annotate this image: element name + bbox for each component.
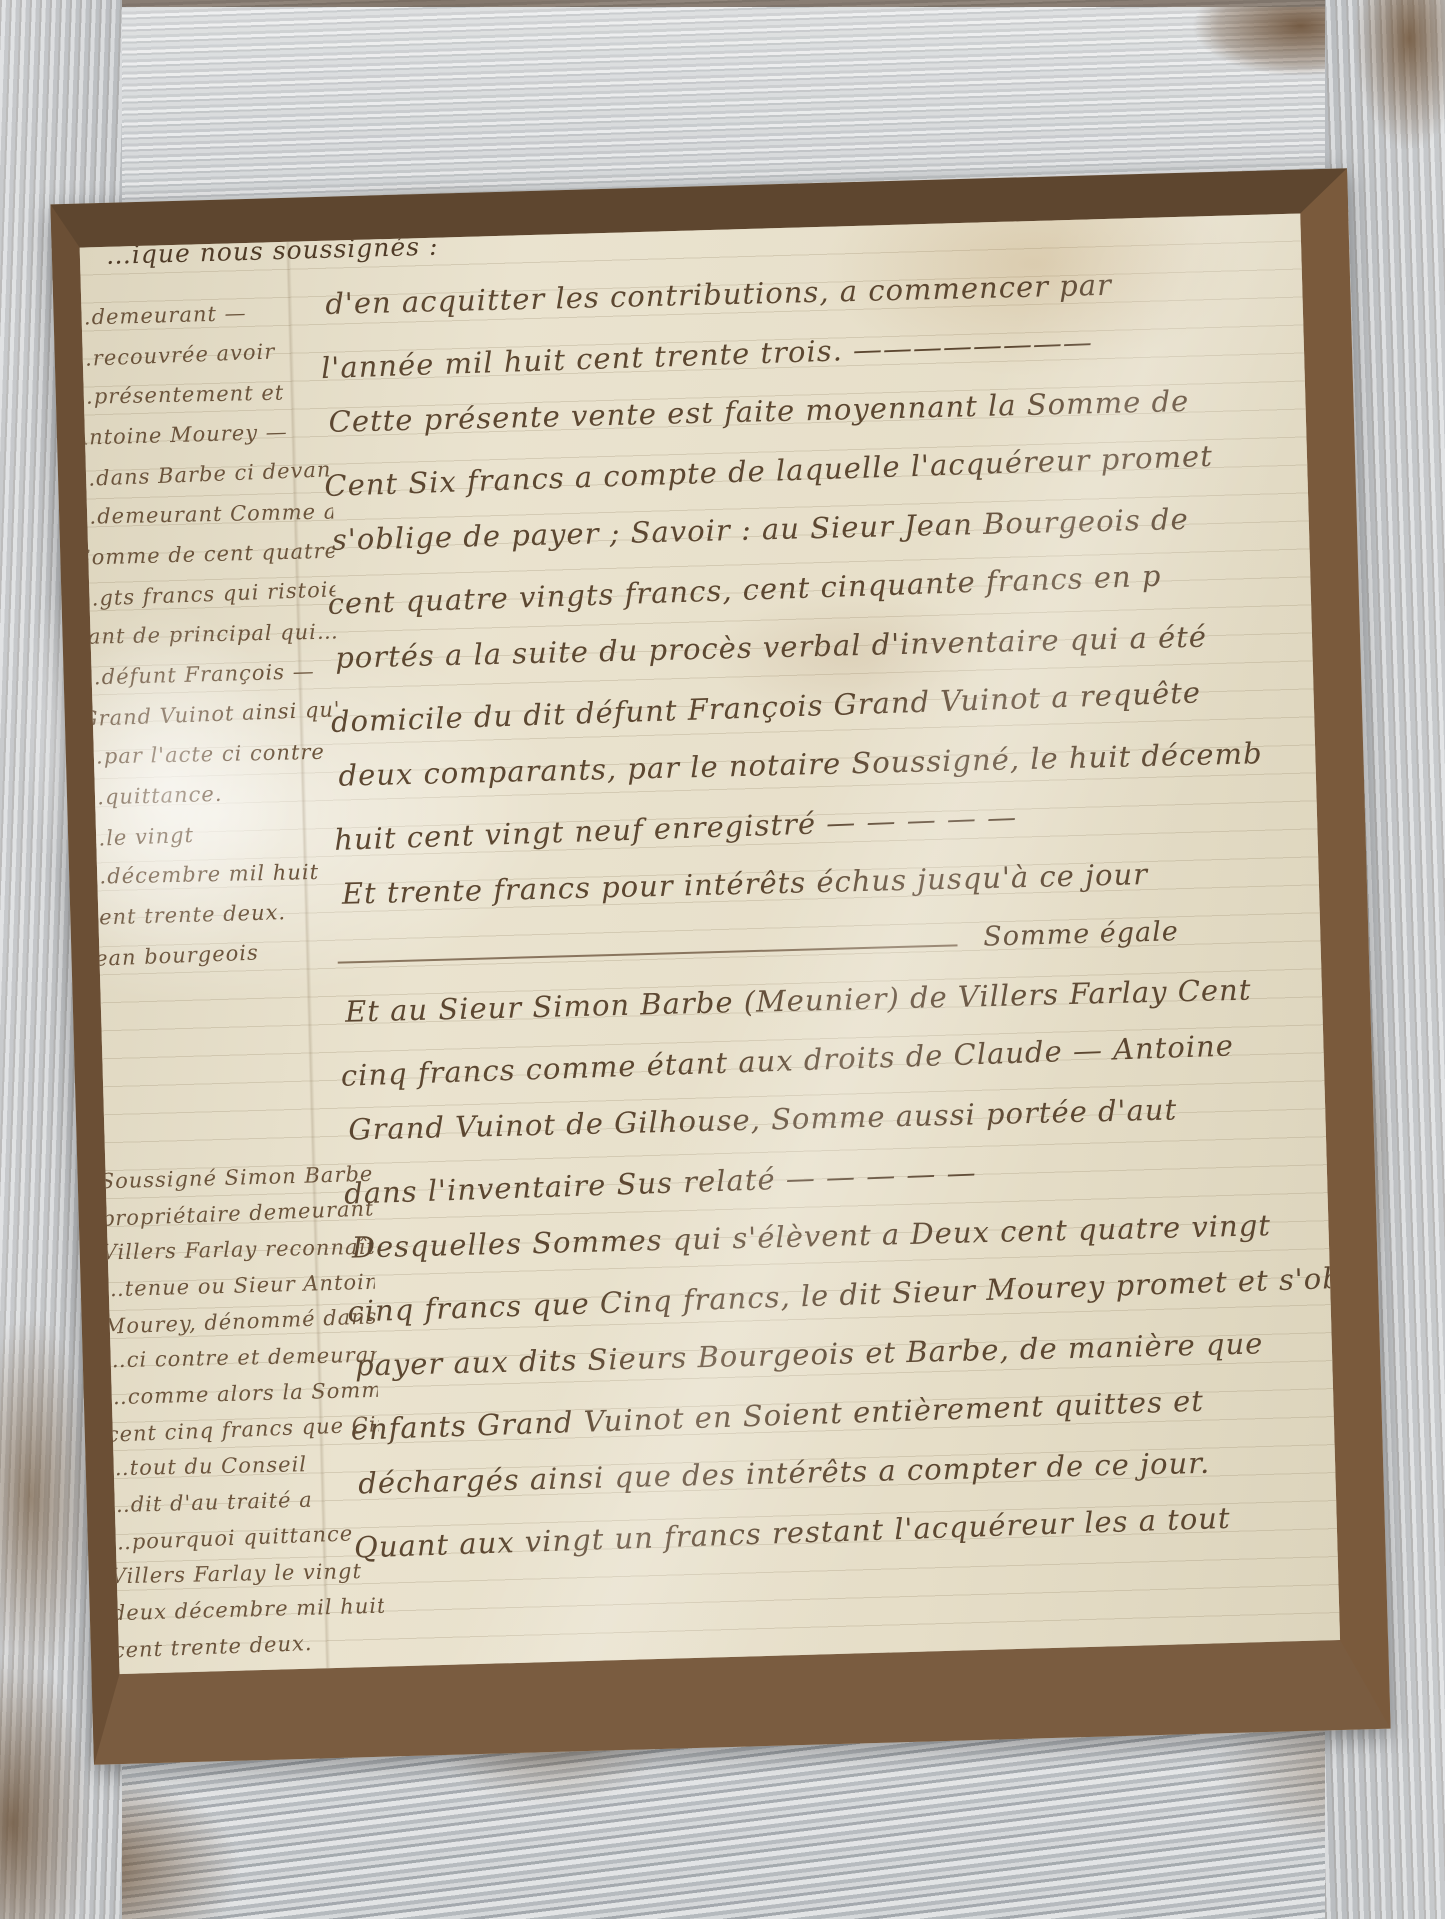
sum-divider-rule [338, 944, 958, 963]
margin-column-lower: Soussigné Simon Barbepropriétaire demeur… [99, 1156, 385, 1667]
sum-label: Somme égale [982, 902, 1179, 966]
body-lower-lines: Et au Sieur Simon Barbe (Meunier) de Vil… [338, 956, 1340, 1575]
manuscript-paper: …ique nous soussignés : …demeurant —…rec… [80, 214, 1340, 1675]
body-upper-lines: d'en acquitter les contributions, a comm… [319, 248, 1340, 926]
margin-note-line: Villers Farlay reconnaît [101, 1229, 374, 1271]
margin-note-line: …demeurant Comme adon [80, 492, 334, 537]
margin-note-line: …tout du Conseil [107, 1445, 380, 1487]
manuscript-top-partial-line: …ique nous soussignés : [105, 232, 438, 270]
margin-note-line: tant de principal qui… [80, 611, 337, 656]
margin-note-line: …par l'acte ci contre [81, 731, 340, 776]
manuscript-body: d'en acquitter les contributions, a comm… [319, 248, 1340, 1575]
margin-note-line: Villers Farlay le vingt [110, 1553, 383, 1595]
margin-note-line: …décembre mil huit [85, 851, 344, 896]
framed-manuscript-photo: …ique nous soussignés : …demeurant —…rec… [0, 0, 1445, 1919]
margin-column-upper: …demeurant —…recouvrée avoir…présentemen… [80, 291, 346, 978]
bare-wood-rabbet: …ique nous soussignés : …demeurant —…rec… [50, 168, 1390, 1765]
margin-note-line: …ci contre et demeurant [104, 1337, 377, 1379]
margin-note-line: …présentement et [80, 372, 331, 417]
